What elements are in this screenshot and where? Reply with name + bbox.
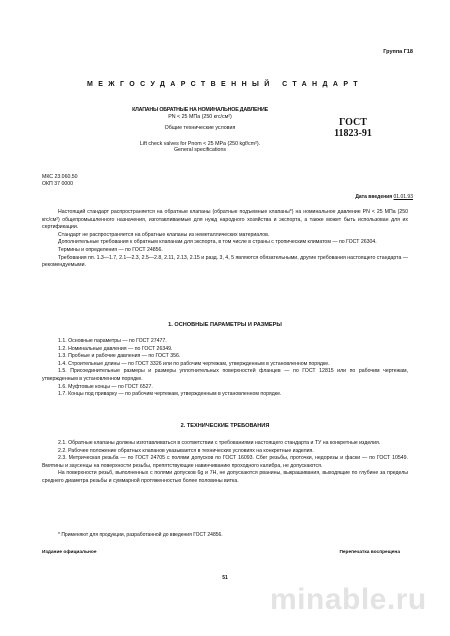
title-block: КЛАПАНЫ ОБРАТНЫЕ НА НОМИНАЛЬНОЕ ДАВЛЕНИЕ… <box>85 107 315 154</box>
title-ru-subtitle: Общие технические условия <box>85 125 315 132</box>
clause: 2.3. Метрическая резьба — по ГОСТ 24705 … <box>42 455 408 470</box>
clause: 2.1. Обратные клапаны должны изготавлива… <box>42 440 408 448</box>
clause: 1.6. Муфтовые концы — по ГОСТ 6527. <box>42 384 408 392</box>
intro-text: Настоящий стандарт распространяется на о… <box>42 209 408 270</box>
section-2-title: 2. ТЕХНИЧЕСКИЕ ТРЕБОВАНИЯ <box>0 423 450 429</box>
date-value: 01.01.93 <box>394 194 413 200</box>
paragraph: Требования пп. 1.3—1.7, 2.1—2.3, 2.5—2.8… <box>42 255 408 270</box>
paragraph: Дополнительные требования к обратным кла… <box>42 239 408 247</box>
standard-header: МЕЖГОСУДАРСТВЕННЫЙ СТАНДАРТ <box>0 81 450 88</box>
watermark: minable.ru <box>270 583 427 617</box>
title-ru: КЛАПАНЫ ОБРАТНЫЕ НА НОМИНАЛЬНОЕ ДАВЛЕНИЕ <box>85 107 315 114</box>
clause: 1.5. Присоединительные размеры и размеры… <box>42 368 408 383</box>
footer-official-edition: Издание официальное <box>42 550 97 555</box>
title-en: Lift check valves for Pnom < 25 MPa (250… <box>85 141 315 148</box>
paragraph: Термины и определения — по ГОСТ 24856. <box>42 247 408 255</box>
okp-code: ОКП 37 0000 <box>42 181 78 188</box>
paragraph: Настоящий стандарт распространяется на о… <box>42 209 408 232</box>
section-2-body: 2.1. Обратные клапаны должны изготавлива… <box>42 440 408 486</box>
gost-block: ГОСТ 11823-91 <box>323 117 383 139</box>
title-ru-pressure: PN < 25 МПа (250 кгс/см²) <box>85 114 315 121</box>
footnote: * Применяют для продукции, разработанной… <box>58 532 223 538</box>
group-code: Группа Г18 <box>383 49 413 55</box>
page-number: 51 <box>0 575 450 581</box>
classification-codes: МКС 23.060.50 ОКП 37 0000 <box>42 174 78 187</box>
title-en-subtitle: General specifications <box>85 147 315 154</box>
footer-reprint-prohibited: Перепечатка воспрещена <box>339 550 400 555</box>
clause: На поверхности резьб, выполненных с поля… <box>42 470 408 485</box>
clause: 1.3. Пробные и рабочие давления — по ГОС… <box>42 353 408 361</box>
section-1-title: 1. ОСНОВНЫЕ ПАРАМЕТРЫ И РАЗМЕРЫ <box>0 322 450 328</box>
section-1-body: 1.1. Основные параметры — по ГОСТ 27477.… <box>42 338 408 399</box>
clause: 1.2. Номинальные давления — по ГОСТ 2634… <box>42 346 408 354</box>
gost-number: 11823-91 <box>323 128 383 139</box>
clause: 2.2. Рабочее положение обратных клапанов… <box>42 448 408 456</box>
effective-date: Дата введения 01.01.93 <box>355 194 413 200</box>
gost-label: ГОСТ <box>323 117 383 128</box>
clause: 1.7. Концы под приварку — по рабочим чер… <box>42 391 408 399</box>
mks-code: МКС 23.060.50 <box>42 174 78 181</box>
paragraph: Стандарт не распространяется на обратные… <box>42 232 408 240</box>
clause: 1.1. Основные параметры — по ГОСТ 27477. <box>42 338 408 346</box>
date-label: Дата введения <box>355 194 392 200</box>
